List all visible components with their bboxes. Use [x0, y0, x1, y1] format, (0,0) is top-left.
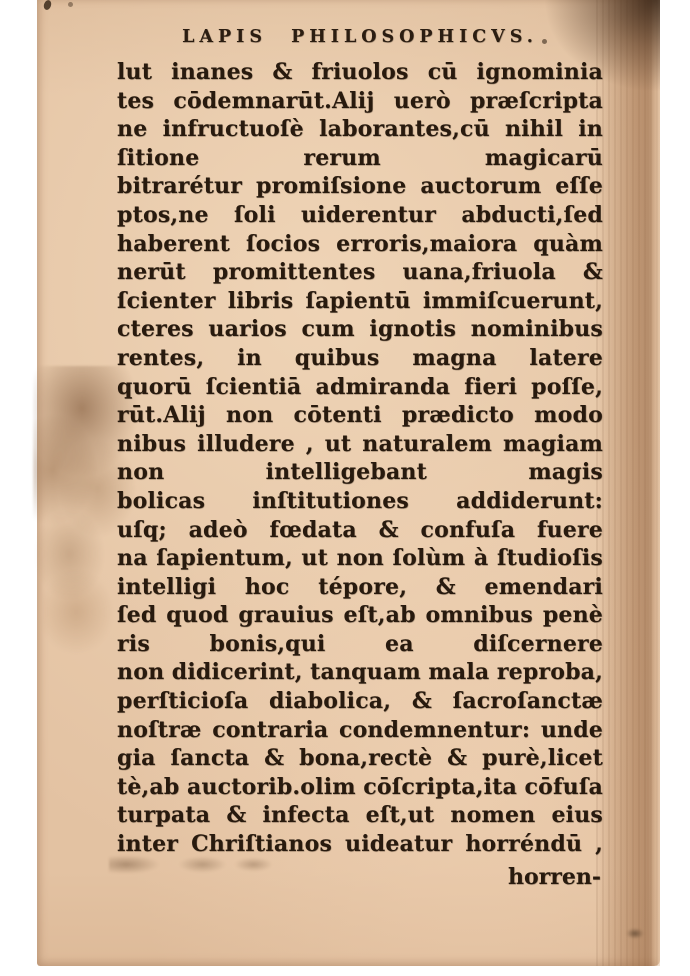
text-line: bitrarétur promiſsione auctorum eſſe dec…	[117, 172, 603, 201]
text-line: ſed quod grauius eſt,ab omnibus penè ui-	[117, 601, 603, 630]
text-line: ſcienter libris ſapientū immiſcuerunt, c…	[117, 287, 603, 316]
text-line: tes cōdemnarūt.Alij uerò præſcripta rati…	[117, 87, 603, 116]
text-line: non intelligebant magis cōfunderent,dia-	[117, 458, 603, 487]
text-line: cteres uarios cum ignotis nominibus infe…	[117, 315, 603, 344]
text-line: ris bonis,qui ea diſcernere nequeunt,cum	[117, 630, 603, 659]
ink-speck	[68, 2, 73, 7]
text-line: bolicas inſtitutiones addiderunt: quibus	[117, 487, 603, 516]
text-line: rentes, in quibus magna latere ſecreta, …	[117, 344, 603, 373]
ink-speck	[43, 0, 53, 11]
text-line: ptos,ne ſoli uiderentur abducti,ſed plur…	[117, 201, 603, 230]
text-line: ne infructuoſè laborantes,cū nihil in cō…	[117, 115, 603, 144]
text-line: na ſapientum, ut non ſolùm à ſtudioſis n…	[117, 544, 603, 573]
text-line: ſitione rerum magicarū proficerent,ſeq́;…	[117, 144, 603, 173]
text-line: intelligi hoc tépore, & emendari nequeát…	[117, 573, 603, 602]
text-line: turpata & infecta eſt,ut nomen eius audi…	[117, 801, 603, 830]
bottom-right-smudge	[626, 928, 644, 939]
text-line: nerūt promittentes uana,friuola & cōfict…	[117, 258, 603, 287]
book-page: LAPIS PHILOSOPHICVS. lut inanes & friuol…	[37, 0, 660, 966]
text-line: quorū ſcientiā admiranda fieri poſſe, di…	[117, 373, 603, 402]
text-line: noſtræ contraria condemnentur: unde ma	[117, 716, 603, 745]
catchword: horren-	[117, 863, 603, 891]
text-line: inter Chriſtianos uideatur horréndū , ſi…	[117, 830, 603, 859]
running-title: LAPIS PHILOSOPHICVS.	[117, 26, 603, 48]
text-line: nibus illudere , ut naturalem magiam quá	[117, 430, 603, 459]
text-line: tè,ab auctorib.olim cōſcripta,ita cōfuſa…	[117, 773, 603, 802]
text-block: LAPIS PHILOSOPHICVS. lut inanes & friuol…	[117, 0, 603, 891]
text-line: lut inanes & friuolos cū ignominia abijc…	[117, 58, 603, 87]
text-line: gia ſancta & bona,rectè & purè,licet occ…	[117, 744, 603, 773]
page-fore-edge-shadow	[596, 0, 660, 966]
text-line: perſticioſa diabolica, & ſacroſanctæ fid…	[117, 687, 603, 716]
text-line: uſq; adeò fœdata & confuſa fuere uolumi	[117, 516, 603, 545]
text-line: rūt.Alij non cōtenti prædicto modo homi-	[117, 401, 603, 430]
text-line: haberent ſocios erroris,maiora quàm inue	[117, 230, 603, 259]
body-text: lut inanes & friuolos cū ignominia abijc…	[117, 58, 603, 859]
text-line: non didicerint, tanquam mala reproba, ſu	[117, 658, 603, 687]
